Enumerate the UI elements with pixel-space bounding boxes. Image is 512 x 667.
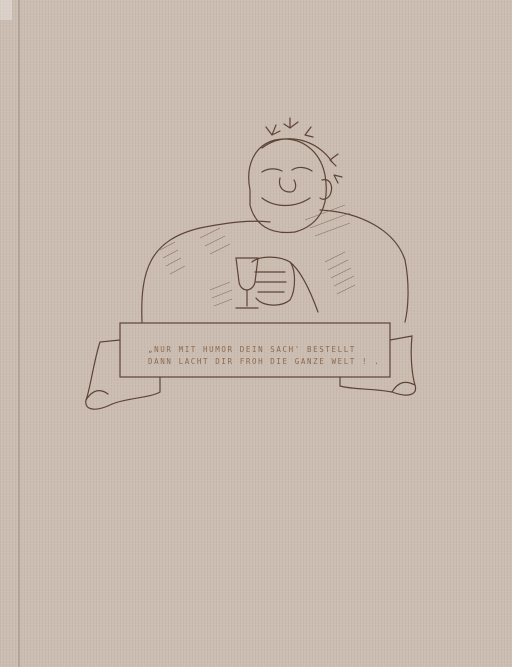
banner-line-1: „NUR MIT HUMOR DEIN SACH' BESTELLT (148, 345, 388, 354)
banner-line-2: DANN LACHT DIR FROH DIE GANZE WELT ! . (148, 357, 388, 366)
illustration (0, 0, 512, 667)
book-cover: „NUR MIT HUMOR DEIN SACH' BESTELLT DANN … (0, 0, 512, 667)
